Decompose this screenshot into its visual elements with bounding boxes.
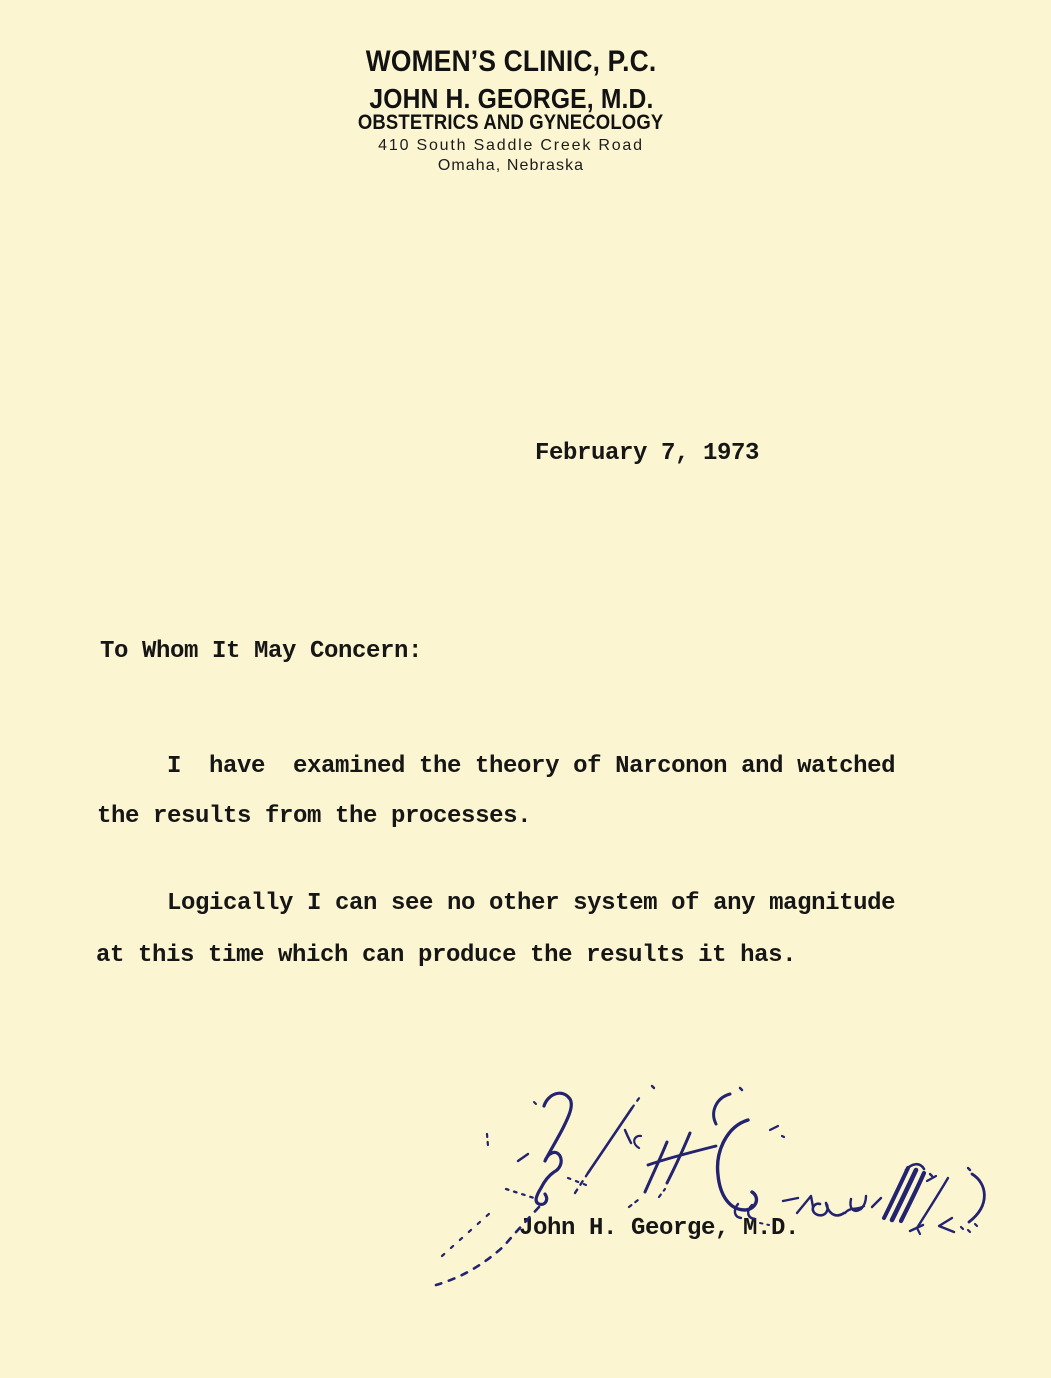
handwritten-signature [420,1066,1010,1291]
paragraph2-line2: at this time which can produce the resul… [96,942,796,970]
paragraph1-line2: the results from the processes. [97,803,531,831]
letter-page: WOMEN’S CLINIC, P.C. JOHN H. GEORGE, M.D… [0,0,1051,1378]
letterhead-doctor-name-text: JOHN H. GEORGE, M.D. [369,85,653,113]
letterhead-specialty-text: OBSTETRICS AND GYNECOLOGY [358,112,664,133]
letterhead-clinic-name-text: WOMEN’S CLINIC, P.C. [366,47,657,77]
letterhead-clinic-name: WOMEN’S CLINIC, P.C. [0,47,1022,77]
paragraph1-line1: I have examined the theory of Narconon a… [167,753,895,781]
letterhead-city: Omaha, Nebraska [0,158,1022,174]
letterhead-address: 410 South Saddle Creek Road [0,138,1022,154]
letterhead-doctor-name: JOHN H. GEORGE, M.D. [0,85,1022,113]
paragraph2-line1: Logically I can see no other system of a… [167,890,895,918]
letter-date: February 7, 1973 [535,440,759,468]
salutation: To Whom It May Concern: [100,638,422,666]
letterhead-specialty: OBSTETRICS AND GYNECOLOGY [0,112,1022,133]
